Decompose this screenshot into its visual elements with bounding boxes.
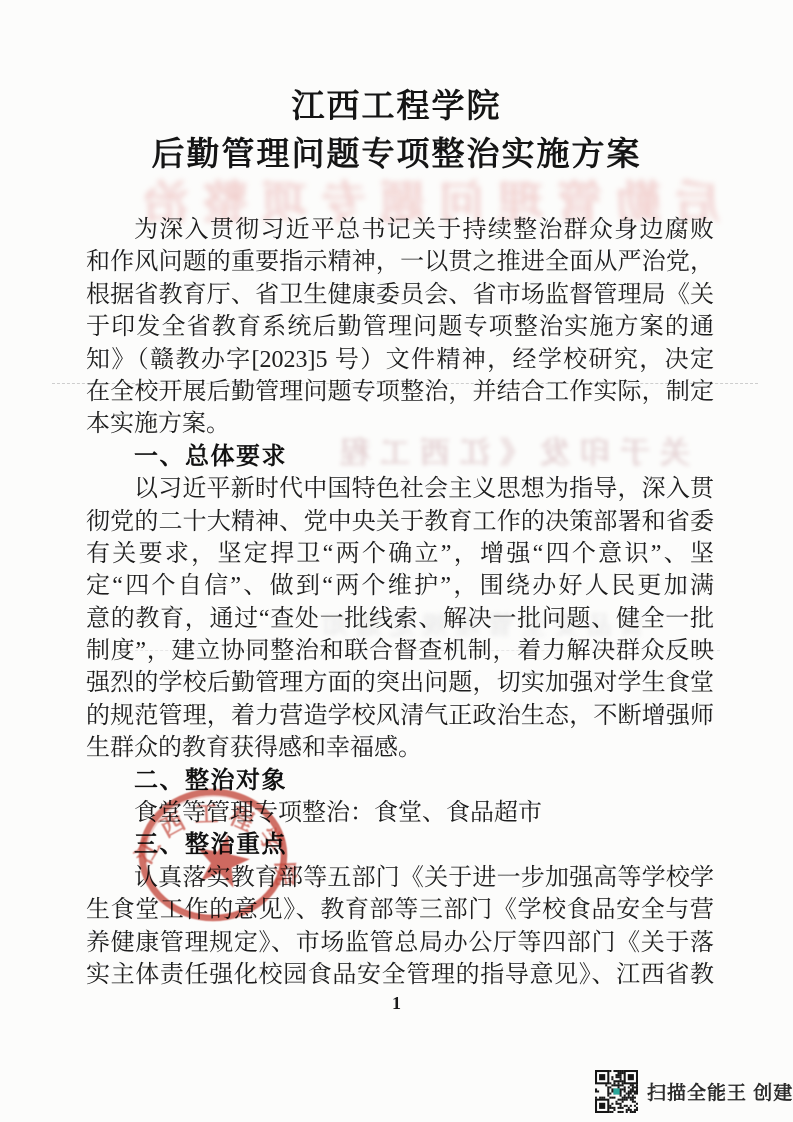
body-line: 生群众的教育获得感和幸福感。	[86, 732, 714, 764]
document-page: 江西工程学院 后勤管理问题专项整治实施方案 后勤管理问题专项整治 关于印发《江西…	[0, 0, 793, 1122]
body-line: 为深入贯彻习近平总书记关于持续整治群众身边腐败	[86, 214, 714, 246]
seal-star-icon	[191, 829, 254, 890]
body-line: 定“四个自信”、做到“两个维护”，围绕办好人民更加满	[86, 570, 714, 602]
body-line: 的规范管理，着力营造学校风清气正政治生态，不断增强师	[86, 700, 714, 732]
scanner-watermark: 扫描全能王 创建	[595, 1068, 785, 1114]
body-line: 意的教育，通过“查处一批线索、解决一批问题、健全一批	[86, 603, 714, 635]
qr-code-icon	[595, 1070, 638, 1113]
body-line: 根据省教育厅、省卫生健康委员会、省市场监督管理局《关	[86, 279, 714, 311]
body-line: 本实施方案。	[86, 408, 714, 440]
body-line: 彻党的二十大精神、党中央关于教育工作的决策部署和省委	[86, 506, 714, 538]
body-line: 在全校开展后勤管理问题专项整治，并结合工作实际，制定	[86, 376, 714, 408]
body-line: 制度”，建立协同整治和联合督查机制，着力解决群众反映	[86, 635, 714, 667]
body-line: 和作风问题的重要指示精神，一以贯之推进全面从严治党，	[86, 246, 714, 278]
document-title-line1: 江西工程学院	[0, 80, 793, 127]
body-line: 于印发全省教育系统后勤管理问题专项整治实施方案的通	[86, 311, 714, 343]
body-line: 强烈的学校后勤管理方面的突出问题，切实加强对学生食堂	[86, 667, 714, 699]
section-heading-1: 一、总体要求	[86, 441, 714, 473]
page-number: 1	[0, 993, 793, 1014]
scanner-app-label: 扫描全能王 创建	[647, 1078, 793, 1105]
body-line: 知》（赣教办字[2023]5 号）文件精神，经学校研究，决定	[86, 344, 714, 376]
document-title-line2: 后勤管理问题专项整治实施方案	[0, 128, 793, 175]
official-red-seal: 江西工程学院	[116, 776, 312, 938]
body-line: 实主体责任强化校园食品安全管理的指导意见》、江西省教	[86, 959, 714, 991]
body-line: 以习近平新时代中国特色社会主义思想为指导，深入贯	[86, 473, 714, 505]
body-line: 有关要求，坚定捍卫“两个确立”，增强“四个意识”、坚	[86, 538, 714, 570]
